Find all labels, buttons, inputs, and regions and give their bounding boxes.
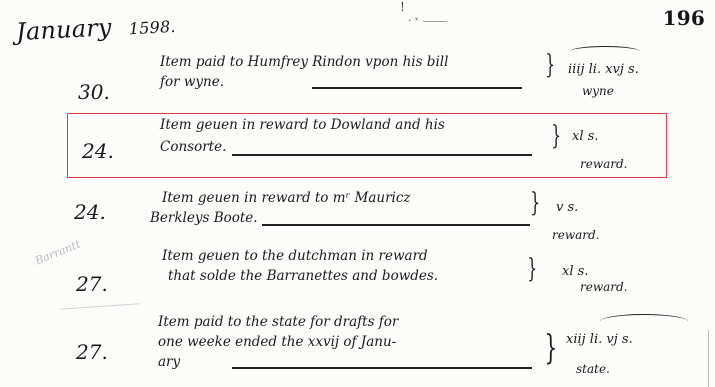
entry-amount: xl s. [562,264,588,279]
page-edge-line [708,330,709,387]
brace-mark: } [530,188,540,218]
entry-amount-note: reward. [580,280,628,294]
entry-line: for wyne. [160,74,224,90]
entry-rule [232,154,532,156]
entry-date: 27. [76,340,108,364]
entry-date: 24. [82,139,114,163]
entry-line: Item geuen in reward to Dowland and his [160,117,445,133]
top-tick-mark: ! [400,0,405,14]
entry-date: 27. [76,272,108,296]
flourish-mark [600,314,688,329]
entry-date: 30. [78,80,110,104]
entry-line: ary [158,354,180,370]
entry-amount: xl s. [572,129,598,144]
entry-rule [262,224,530,226]
brace-mark: } [551,121,561,151]
entry-line: Item paid to Humfrey Rindon vpon his bil… [160,54,448,70]
entry-amount: iiij li. xvj s. [568,62,639,77]
entry-amount-note: state. [576,362,610,376]
brace-mark: } [545,50,555,80]
entry-line: that solde the Barranettes and bowdes. [168,268,438,284]
entry-line: Item geuen to the dutchman in reward [162,248,428,264]
entry-amount-note: reward. [580,157,628,171]
entry-rule [312,87,522,89]
entry-line: Item geuen in reward to mʳ Mauricz [162,190,411,206]
faint-divider [60,303,140,310]
entry-line: Berkleys Boote. [150,210,258,226]
heading-month: January [15,13,112,46]
page-heading: January 1598. [15,10,176,46]
entry-line: Consorte. [160,139,226,155]
entry-amount: v s. [556,200,578,215]
flourish-mark [570,46,640,57]
entry-line: Item paid to the state for drafts for [158,314,398,330]
brace-mark: } [527,254,537,284]
entry-date: 24. [74,200,106,224]
top-flourish-marks: · ˣ ⸻ [408,12,447,27]
entry-rule [232,367,532,369]
entry-line: one weeke ended the xxvij of Janu- [158,334,396,350]
manuscript-page: ! · ˣ ⸻ January 1598. 196 30. Item paid … [0,0,715,387]
heading-year: 1598. [128,17,176,38]
folio-number: 196 [663,6,705,30]
marginal-faded-note: Barrantt [33,238,82,268]
entry-amount-note: wyne [582,84,614,98]
entry-amount-note: reward. [552,228,600,242]
entry-amount: xiij li. vj s. [566,332,633,347]
brace-mark: } [544,328,557,368]
